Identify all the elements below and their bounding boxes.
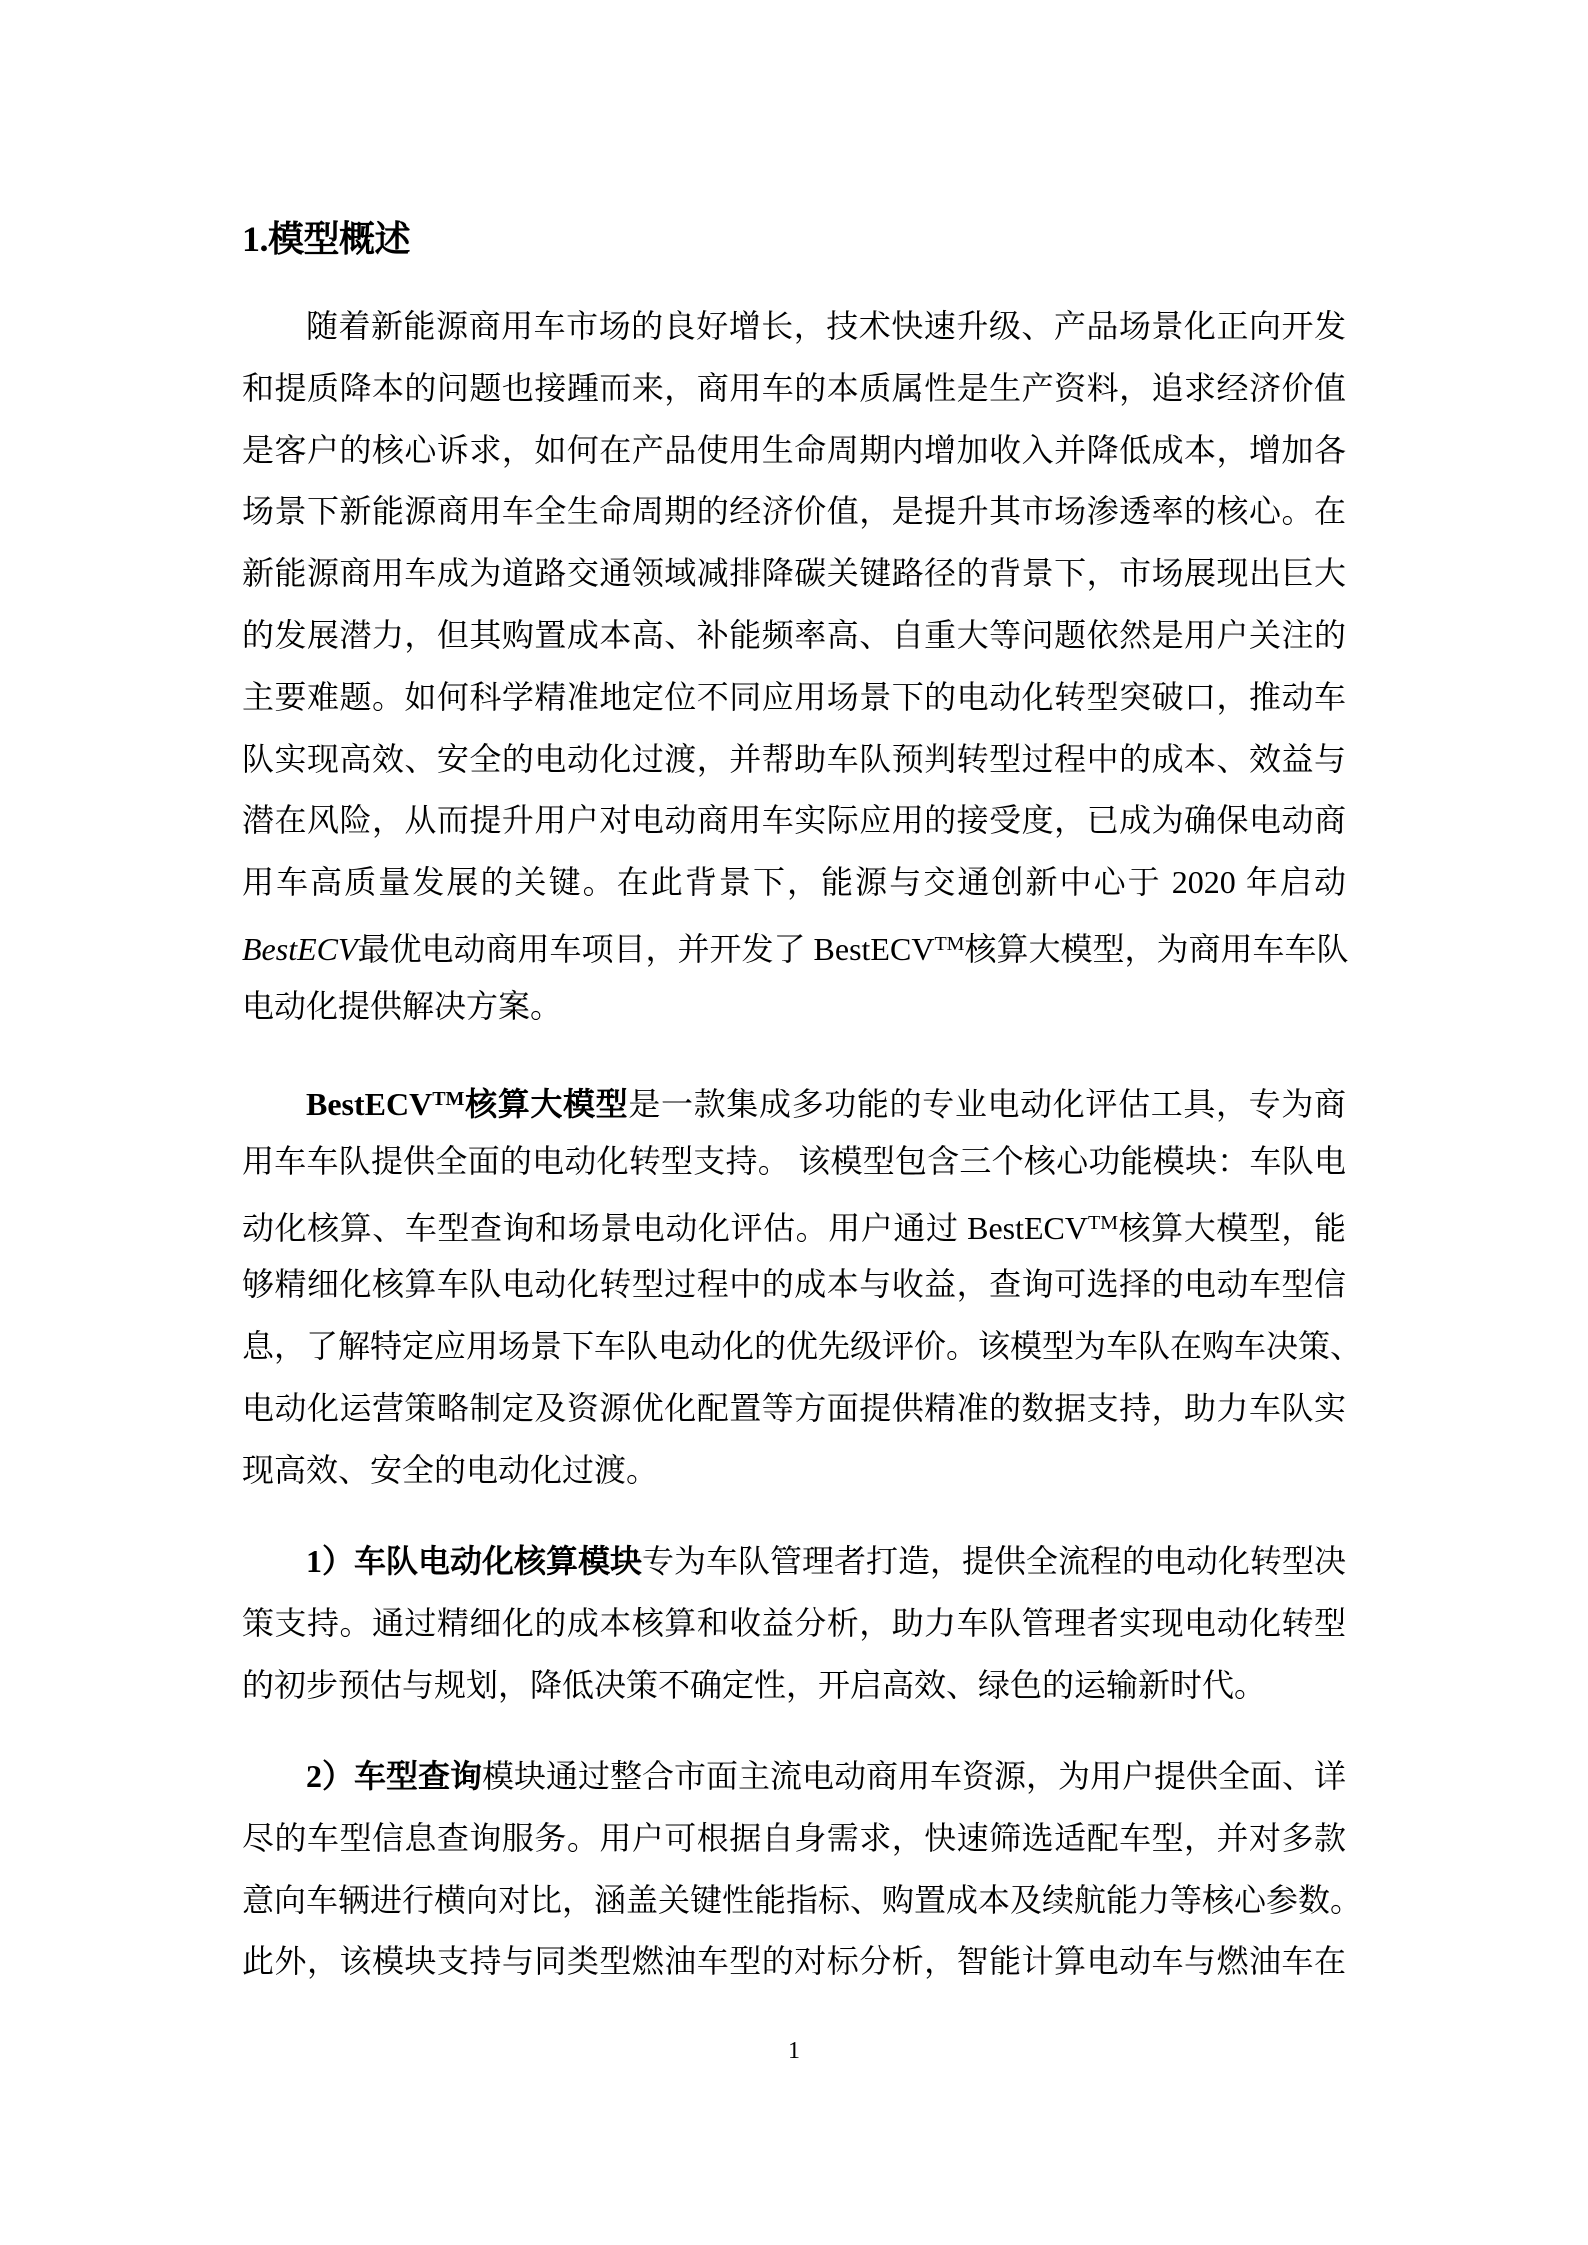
text-line: 1）车队电动化核算模块专为车队管理者打造，提供全流程的电动化转型决 <box>242 1531 1346 1593</box>
text-line: 随着新能源商用车市场的良好增长，技术快速升级、产品场景化正向开发 <box>242 296 1346 358</box>
text-line: 现高效、安全的电动化过渡。 <box>242 1440 1346 1502</box>
text-line: 电动化运营策略制定及资源优化配置等方面提供精准的数据支持，助力车队实 <box>242 1378 1346 1440</box>
text-line: 新能源商用车成为道路交通领域减排降碳关键路径的背景下，市场展现出巨大 <box>242 543 1346 605</box>
text-line: 的发展潜力，但其购置成本高、补能频率高、自重大等问题依然是用户关注的 <box>242 605 1346 667</box>
text-line: 策支持。通过精细化的成本核算和收益分析，助力车队管理者实现电动化转型 <box>242 1593 1346 1655</box>
bold-lead: BestECVTM核算大模型 <box>306 1086 628 1122</box>
text-line: 2）车型查询模块通过整合市面主流电动商用车资源，为用户提供全面、详 <box>242 1746 1346 1808</box>
paragraph-intro: 随着新能源商用车市场的良好增长，技术快速升级、产品场景化正向开发 和提质降本的问… <box>242 296 1346 1038</box>
text-segment: 是一款集成多功能的专业电动化评估工具，专为商 <box>628 1086 1346 1122</box>
trademark-mark: TM <box>432 1088 464 1110</box>
text-segment: 动化核算、车型查询和场景电动化评估。用户通过 BestECV <box>242 1210 1088 1246</box>
text-line: 此外，该模块支持与同类型燃油车型的对标分析，智能计算电动车与燃油车在 <box>242 1931 1346 1993</box>
text-line: BestECV最优电动商用车项目，并开发了 BestECVTM核算大模型，为商用… <box>242 914 1346 976</box>
text-line: 够精细化核算车队电动化转型过程中的成本与收益，查询可选择的电动车型信 <box>242 1254 1346 1316</box>
text-segment: 核算大模型，能 <box>1118 1210 1346 1246</box>
text-segment: 模块通过整合市面主流电动商用车资源，为用户提供全面、详 <box>482 1758 1346 1794</box>
text-line: 和提质降本的问题也接踵而来，商用车的本质属性是生产资料，追求经济价值 <box>242 358 1346 420</box>
text-line: BestECVTM核算大模型是一款集成多功能的专业电动化评估工具，专为商 <box>242 1069 1346 1131</box>
bold-lead-title: 核算大模型 <box>464 1086 628 1122</box>
page-number: 1 <box>0 2036 1588 2066</box>
text-line: 意向车辆进行横向对比，涵盖关键性能指标、购置成本及续航能力等核心参数。 <box>242 1870 1346 1932</box>
text-line: 尽的车型信息查询服务。用户可根据自身需求，快速筛选适配车型，并对多款 <box>242 1808 1346 1870</box>
text-segment: 最优电动商用车项目，并开发了 BestECV <box>358 931 935 967</box>
trademark-mark: TM <box>934 933 964 955</box>
text-segment: 专为车队管理者打造，提供全流程的电动化转型决 <box>642 1543 1346 1579</box>
bold-lead-brand: BestECV <box>306 1086 432 1122</box>
text-line: 场景下新能源商用车全生命周期的经济价值，是提升其市场渗透率的核心。在 <box>242 481 1346 543</box>
paragraph-model-intro: BestECVTM核算大模型是一款集成多功能的专业电动化评估工具，专为商 用车车… <box>242 1069 1346 1502</box>
text-segment: 核算大模型，为商用车车队 <box>964 931 1348 967</box>
text-line: 息，了解特定应用场景下车队电动化的优先级评价。该模型为车队在购车决策、 <box>242 1316 1346 1378</box>
section-heading: 1.模型概述 <box>242 215 410 263</box>
text-line: 电动化提供解决方案。 <box>242 976 1346 1038</box>
text-line: 动化核算、车型查询和场景电动化评估。用户通过 BestECVTM核算大模型，能 <box>242 1193 1346 1255</box>
bold-lead: 2）车型查询 <box>306 1758 482 1794</box>
text-line: 是客户的核心诉求，如何在产品使用生命周期内增加收入并降低成本，增加各 <box>242 420 1346 482</box>
document-page: 1.模型概述 随着新能源商用车市场的良好增长，技术快速升级、产品场景化正向开发 … <box>0 0 1588 2245</box>
paragraph-module-1: 1）车队电动化核算模块专为车队管理者打造，提供全流程的电动化转型决 策支持。通过… <box>242 1531 1346 1716</box>
paragraph-module-2: 2）车型查询模块通过整合市面主流电动商用车资源，为用户提供全面、详 尽的车型信息… <box>242 1746 1346 1993</box>
text-line: 用车车队提供全面的电动化转型支持。 该模型包含三个核心功能模块：车队电 <box>242 1131 1346 1193</box>
text-line: 的初步预估与规划，降低决策不确定性，开启高效、绿色的运输新时代。 <box>242 1655 1346 1717</box>
text-line: 主要难题。如何科学精准地定位不同应用场景下的电动化转型突破口，推动车 <box>242 667 1346 729</box>
bold-lead: 1）车队电动化核算模块 <box>306 1543 642 1579</box>
trademark-mark: TM <box>1088 1212 1118 1234</box>
text-line: 潜在风险，从而提升用户对电动商用车实际应用的接受度，已成为确保电动商 <box>242 790 1346 852</box>
text-line: 队实现高效、安全的电动化过渡，并帮助车队预判转型过程中的成本、效益与 <box>242 729 1346 791</box>
text-line: 用车高质量发展的关键。在此背景下，能源与交通创新中心于 2020 年启动 <box>242 852 1346 914</box>
brand-italic: BestECV <box>242 931 358 967</box>
